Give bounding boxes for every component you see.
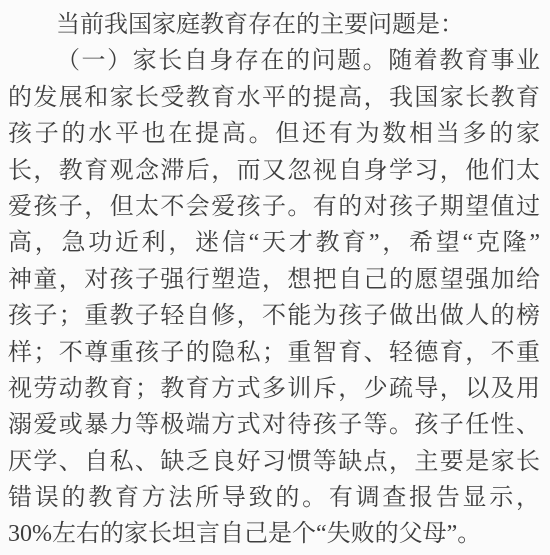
text-line: 孩子的水平也在提高。但还有为数相当多的家: [8, 116, 540, 152]
text-line: 孩子；重教子轻自修，不能为孩子做出做人的榜: [8, 298, 540, 334]
text-line: 错误的教育方法所导致的。有调查报告显示，: [8, 480, 540, 516]
text-line: 爱孩子，但太不会爱孩子。有的对孩子期望值过: [8, 189, 540, 225]
text-line: 当前我国家庭教育存在的主要问题是：: [8, 7, 540, 43]
text-line: 长，教育观念滞后，而又忽视自身学习，他们太: [8, 153, 540, 189]
text-line: 厌学、自私、缺乏良好习惯等缺点，主要是家长: [8, 444, 540, 480]
text-line: 溺爱或暴力等极端方式对待孩子等。孩子任性、: [8, 407, 540, 443]
scanned-document-page: 当前我国家庭教育存在的主要问题是： （一）家长自身存在的问题。随着教育事业 的发…: [0, 0, 550, 555]
text-line: 30%左右的家长坦言自己是个“失败的父母”。: [8, 516, 540, 552]
text-line: 视劳动教育；教育方式多训斥，少疏导，以及用: [8, 371, 540, 407]
text-line: 样；不尊重孩子的隐私；重智育、轻德育，不重: [8, 335, 540, 371]
text-line: 的发展和家长受教育水平的提高，我国家长教育: [8, 80, 540, 116]
text-line: （一）家长自身存在的问题。随着教育事业: [8, 43, 540, 79]
text-line: 神童，对孩子强行塑造，想把自己的愿望强加给: [8, 262, 540, 298]
text-line: 高，急功近利，迷信“天才教育”，希望“克隆”: [8, 225, 540, 261]
